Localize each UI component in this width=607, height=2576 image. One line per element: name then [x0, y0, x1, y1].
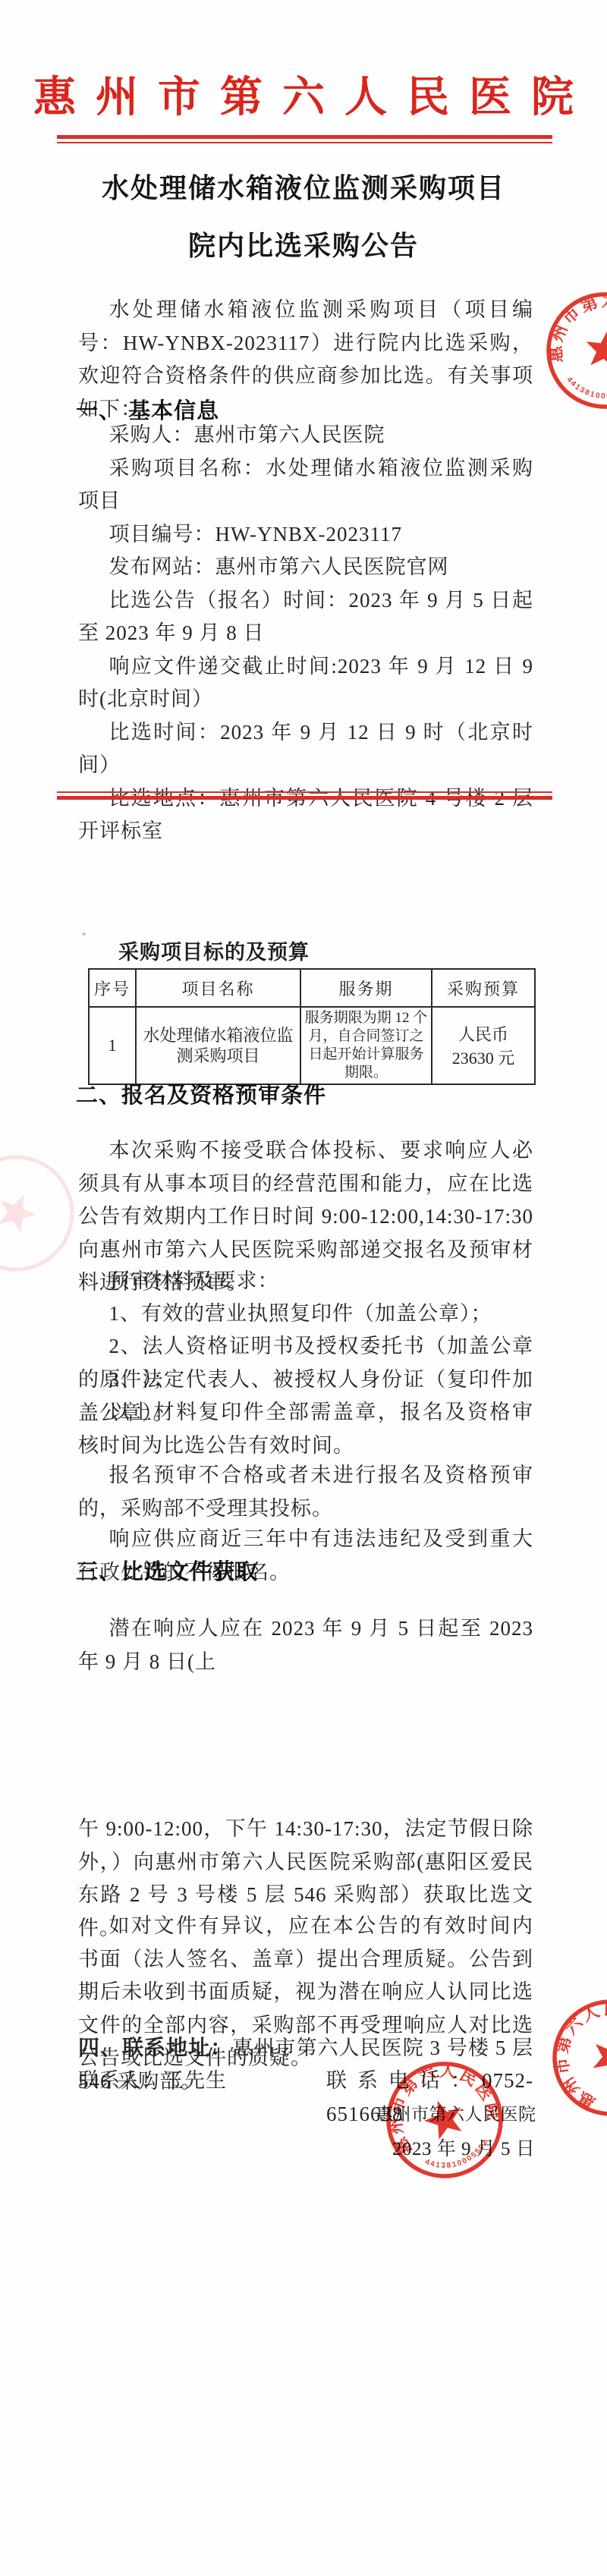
col-header-seq: 序号 [89, 969, 136, 1007]
section-heading-qualification: 二、报名及资格预审条件 [76, 1082, 546, 1109]
seal-serial-number: 4413810005502 [563, 375, 607, 405]
material-item-1: 1、有效的营业执照复印件（加盖公章）； [78, 1297, 533, 1331]
materials-label: 预审材料及要求： [78, 1265, 533, 1298]
letterhead-hospital-name: 惠州市第六人民医院 [0, 73, 607, 123]
official-seal-page1: 惠州市第六人民医院 4413810005502 [532, 278, 607, 423]
cell-service-period: 服务期限为期 12 个月，自合同签订之日起开始计算服务期限。 [300, 1007, 432, 1084]
contact-person: 联系人：王先生 [78, 2069, 227, 2092]
basic-info-item: 采购人：惠州市第六人民医院 [78, 419, 533, 452]
budget-section-label: 采购项目标的及预算 [118, 939, 498, 965]
basic-info-item: 响应文件递交截止时间:2023 年 9 月 12 日 9 时(北京时间） [78, 650, 533, 716]
svg-text:惠州市第六人民医院: 惠州市第六人民医院 [543, 285, 607, 379]
seal-star-icon [420, 2094, 469, 2142]
budget-table-header-row: 序号 项目名称 服务期 采购预算 [89, 969, 535, 1007]
contact-heading-label: 四、联系地址： [78, 2036, 232, 2059]
col-header-service: 服务期 [300, 969, 432, 1007]
basic-info-item: 比选时间：2023 年 9 月 12 日 9 时（北京时间） [78, 716, 533, 782]
basic-info-item: 采购项目名称：水处理储水箱液位监测采购项目 [78, 452, 533, 518]
svg-text:惠州市第六人民医院: 惠州市第六人民医院 [528, 1975, 607, 2115]
scan-artifact-dot [82, 933, 86, 936]
col-header-budget: 采购预算 [432, 969, 535, 1007]
seal-star-icon [583, 2030, 607, 2084]
basic-info-item: 项目编号：HW-YNBX-2023117 [78, 518, 533, 552]
seal-arc-text: 惠州市第六人民医院 [543, 285, 607, 379]
obtain-paragraph-part1: 潜在响应人应在 2023 年 9 月 5 日起至 2023 年 9 月 8 日(… [78, 1612, 533, 1678]
basic-info-list: 采购人：惠州市第六人民医院 采购项目名称：水处理储水箱液位监测采购项目 项目编号… [0, 419, 607, 848]
cell-seq: 1 [89, 1007, 136, 1084]
budget-table: 序号 项目名称 服务期 采购预算 1 水处理储水箱液位监测采购项目 服务期限为期… [88, 968, 536, 1085]
seal-star-icon [583, 328, 607, 370]
page1-footer-rule-thin [57, 791, 552, 793]
budget-table-row: 1 水处理储水箱液位监测采购项目 服务期限为期 12 个月，自合同签订之日起开始… [89, 1007, 535, 1084]
cell-budget: 人民币 23630 元 [432, 1007, 535, 1084]
page1-footer-rule-thick [57, 796, 552, 800]
qualification-note-1: 以上材料复印件全部需盖章，报名及资格审核时间为比选公告有效时间。 [78, 1396, 533, 1462]
col-header-name: 项目名称 [136, 969, 300, 1007]
document-title-line2: 院内比选采购公告 [0, 229, 607, 263]
letterhead-rule-thick [57, 135, 552, 139]
section-heading-obtain-docs: 三、比选文件获取 [76, 1558, 546, 1586]
seal-arc-text: 惠州市第六人民医院 [528, 1975, 607, 2115]
basic-info-item: 比选公告（报名）时间：2023 年 9 月 5 日起至 2023 年 9 月 8… [78, 584, 533, 650]
qualification-note-2: 报名预审不合格或者未进行报名及资格预审的，采购部不受理其投标。 [78, 1459, 533, 1525]
seal-graphic: 惠州市第六人民医院 4413810005502 [532, 278, 607, 423]
document-title-line1: 水处理储水箱液位监测采购项目 [0, 171, 607, 205]
scanned-document-page: 惠州市第六人民医院 水处理储水箱液位监测采购项目 院内比选采购公告 水处理储水箱… [0, 0, 607, 2576]
basic-info-item: 发布网站：惠州市第六人民医院官网 [78, 551, 533, 584]
svg-text:4413810005502: 4413810005502 [563, 375, 607, 405]
seal-star-icon [0, 1187, 42, 1236]
cell-project-name: 水处理储水箱液位监测采购项目 [136, 1007, 300, 1084]
letterhead-rule-thin [57, 142, 552, 143]
